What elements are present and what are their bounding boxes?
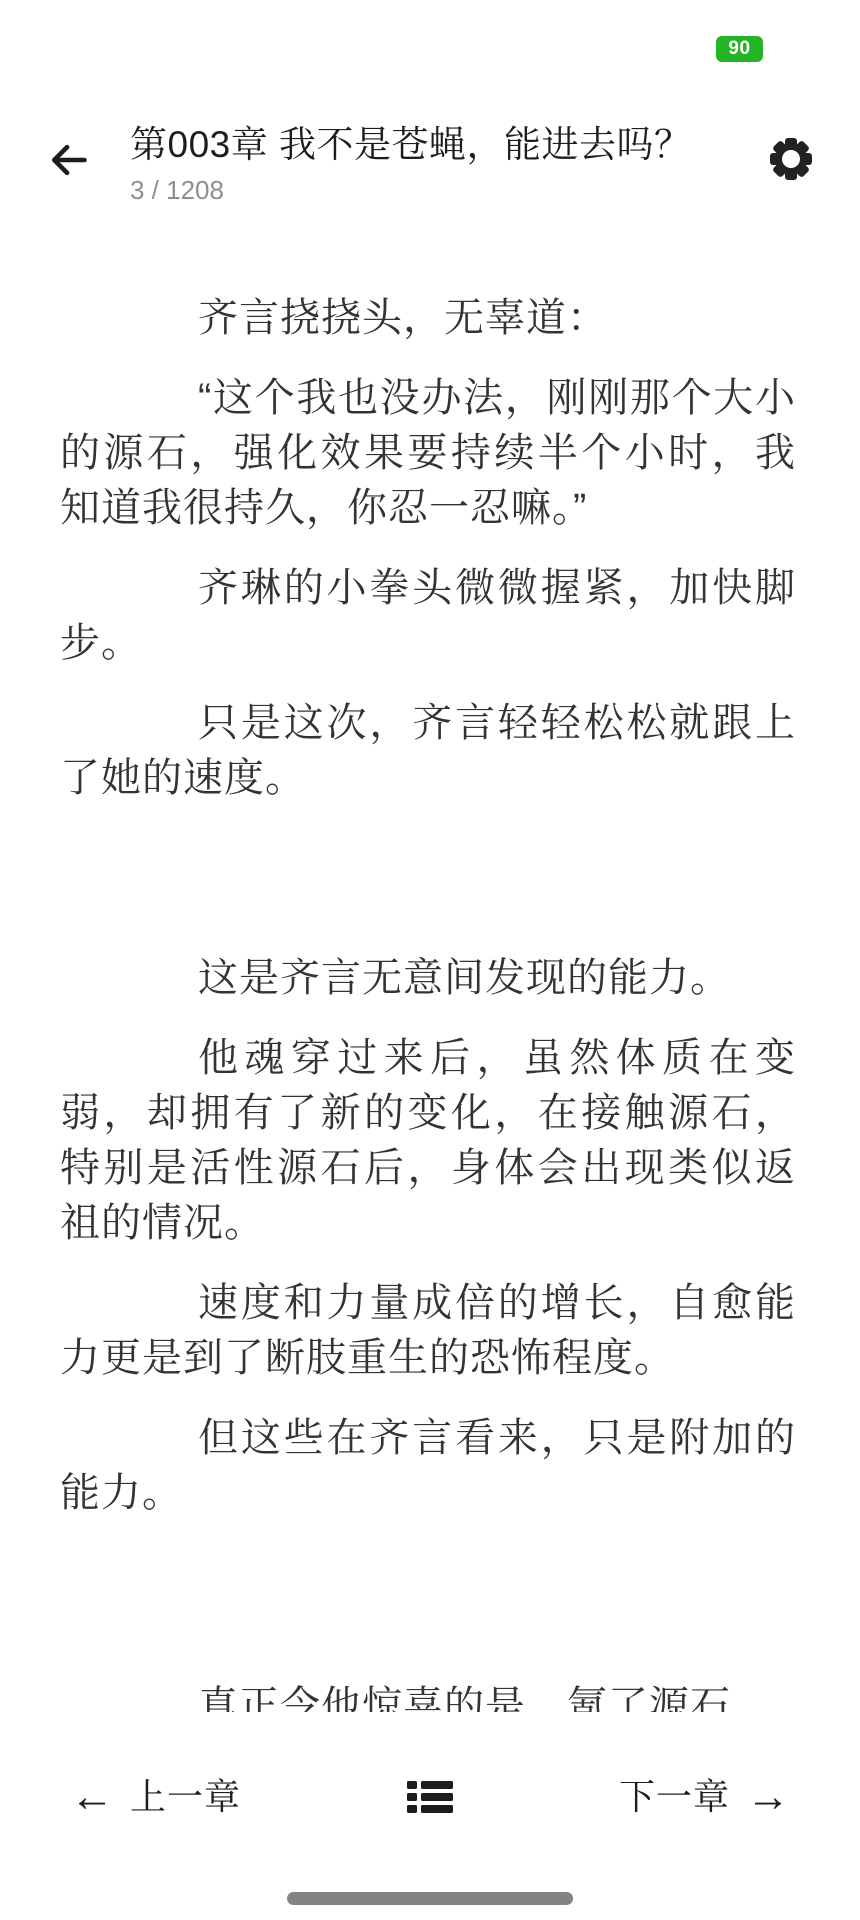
back-button[interactable] bbox=[42, 134, 94, 186]
paragraph: 齐言挠挠头，无辜道： bbox=[60, 291, 796, 346]
table-of-contents-button[interactable] bbox=[399, 1773, 461, 1821]
prev-chapter-label: 上一章 bbox=[130, 1775, 241, 1819]
battery-indicator: 90 bbox=[716, 36, 763, 62]
paragraph: 齐琳的小拳头微微握紧，加快脚步。 bbox=[60, 561, 796, 671]
prev-chapter-button[interactable]: ← 上一章 bbox=[70, 1775, 241, 1819]
home-indicator-handle[interactable] bbox=[287, 1892, 573, 1905]
paragraph: 速度和力量成倍的增长，自愈能力更是到了断肢重生的恐怖程度。 bbox=[60, 1276, 796, 1386]
next-chapter-label: 下一章 bbox=[619, 1775, 730, 1819]
paragraph-clipped: 真正令他惊喜的是，氪了源石 bbox=[60, 1679, 796, 1712]
paragraph: 只是这次，齐言轻轻松松就跟上了她的速度。 bbox=[60, 696, 796, 806]
next-chapter-button[interactable]: 下一章 → bbox=[619, 1775, 790, 1819]
chapter-text: 齐言挠挠头，无辜道： “这个我也没办法，刚刚那个大小的源石，强化效果要持续半个小… bbox=[60, 230, 796, 1712]
paragraph: 他魂穿过来后，虽然体质在变弱，却拥有了新的变化，在接触源石，特别是活性源石后，身… bbox=[60, 1031, 796, 1251]
chapter-header: 第003章 我不是苍蝇，能进去吗？ 3 / 1208 bbox=[130, 122, 730, 205]
chapter-nav-bar: ← 上一章 下一章 → bbox=[0, 1768, 860, 1826]
gear-icon bbox=[765, 133, 817, 185]
paragraph: 但这些在齐言看来，只是附加的能力。 bbox=[60, 1411, 796, 1521]
paragraph: 这是齐言无意间发现的能力。 bbox=[60, 951, 796, 1006]
chapter-title: 第003章 我不是苍蝇，能进去吗？ bbox=[130, 122, 730, 168]
settings-button[interactable] bbox=[762, 130, 820, 188]
reader-screen: 90 第003章 我不是苍蝇，能进去吗？ 3 / 1208 bbox=[0, 0, 860, 1920]
arrow-left-icon bbox=[46, 138, 90, 182]
chapter-progress: 3 / 1208 bbox=[130, 175, 730, 205]
list-icon bbox=[407, 1781, 453, 1813]
paragraph: “这个我也没办法，刚刚那个大小的源石，强化效果要持续半个小时，我知道我很持久，你… bbox=[60, 371, 796, 536]
arrow-left-icon: ← bbox=[70, 1775, 114, 1819]
arrow-right-icon: → bbox=[746, 1775, 790, 1819]
